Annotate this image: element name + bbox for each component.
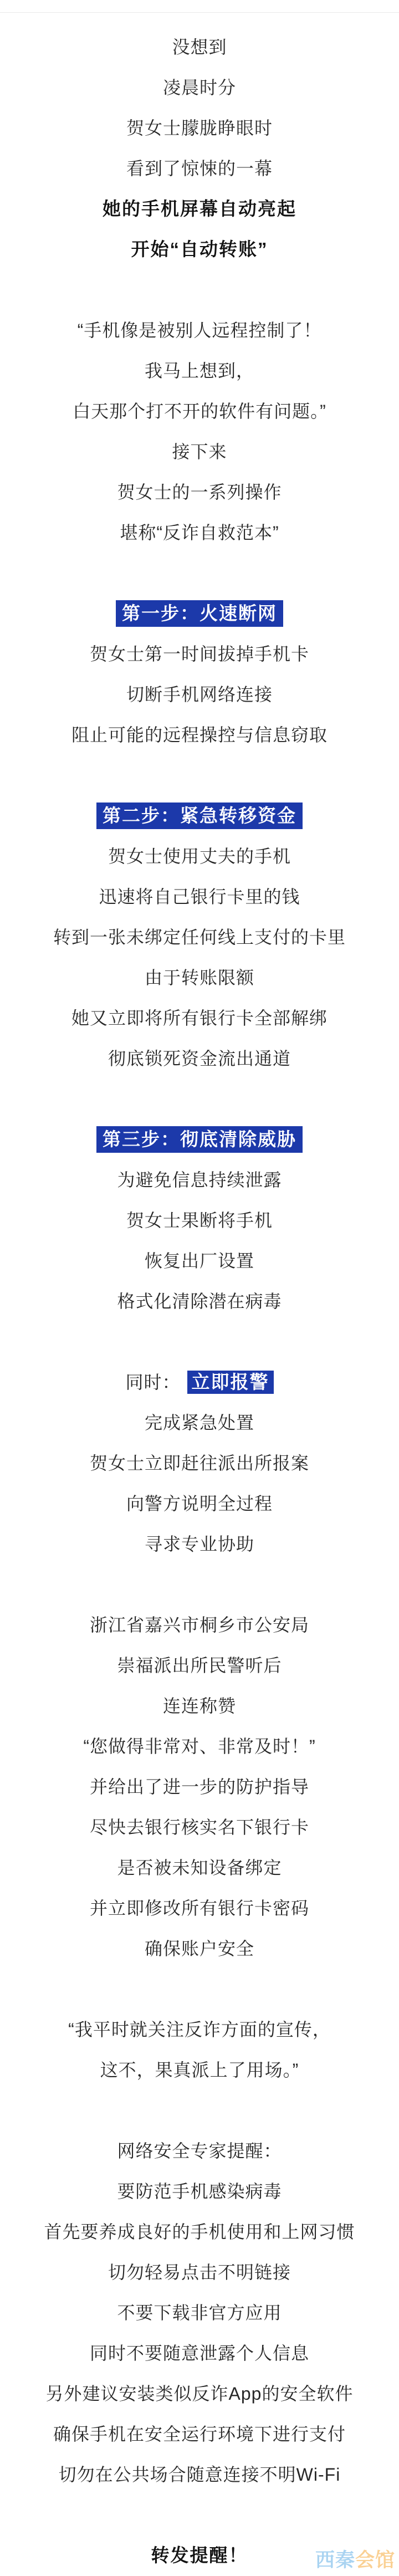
line-text: 阻止可能的远程操控与信息窃取 [71,726,328,744]
line-text: 向警方说明全过程 [126,1495,273,1512]
line-text: 首先要养成良好的手机使用和上网习惯 [44,2223,355,2241]
article-line: 确保账户安全 [0,1928,399,1969]
article-line: 切断手机网络连接 [0,674,399,714]
line-text: 贺女士的一系列操作 [117,483,282,501]
line-text: 寻求专业协助 [145,1535,254,1553]
line-text: “我平时就关注反诈方面的宣传， [68,2021,331,2038]
article-line: 并给出了进一步的防护指导 [0,1766,399,1807]
article-line: 她又立即将所有银行卡全部解绑 [0,998,399,1038]
article-line: 完成紧急处置 [0,1402,399,1443]
article-line: 贺女士使用丈夫的手机 [0,836,399,876]
article-line: 恢复出厂设置 [0,1240,399,1281]
line-text: 同时不要随意泄露个人信息 [90,2344,309,2362]
article-line: 贺女士立即赶往派出所报案 [0,1443,399,1483]
article-line: 并立即修改所有银行卡密码 [0,1888,399,1928]
line-text: 转到一张未绑定任何线上支付的卡里 [53,928,346,946]
article-line: 阻止可能的远程操控与信息窃取 [0,714,399,755]
line-text: 切断手机网络连接 [126,686,273,703]
article-line: 切勿在公共场合随意连接不明Wi-Fi [0,2454,399,2495]
line-text: 并给出了进一步的防护指导 [90,1778,309,1796]
line-text: 完成紧急处置 [145,1414,254,1432]
step-heading: 第一步：火速断网 [0,593,399,633]
article-line: 切勿轻易点击不明链接 [0,2252,399,2292]
article-line: 为避免信息持续泄露 [0,1159,399,1200]
article-line: 我马上想到， [0,350,399,391]
article-line: 要防范手机感染病毒 [0,2171,399,2211]
line-prefix: 同时： [125,1373,180,1391]
line-text: 贺女士朦胧睁眼时 [126,119,273,137]
article-line: 接下来 [0,431,399,472]
article-line: “我平时就关注反诈方面的宣传， [0,2009,399,2049]
top-divider [0,12,399,13]
step-heading: 第二步：紧急转移资金 [0,795,399,836]
article-line: 贺女士朦胧睁眼时 [0,108,399,148]
article-line: 向警方说明全过程 [0,1483,399,1524]
line-text: 贺女士立即赶往派出所报案 [90,1454,309,1472]
line-text: 迅速将自己银行卡里的钱 [99,888,300,906]
article-line: 崇福派出所民警听后 [0,1645,399,1685]
line-text: 没想到 [172,38,227,56]
article-line: 网络安全专家提醒： [0,2130,399,2171]
article-line: 同时不要随意泄露个人信息 [0,2333,399,2373]
article-line: 看到了惊悚的一幕 [0,148,399,188]
line-text: 确保账户安全 [145,1940,254,1957]
line-text: 彻底锁死资金流出通道 [108,1050,291,1067]
line-text: 她又立即将所有银行卡全部解绑 [71,1009,328,1027]
line-text: 白天那个打不开的软件有问题。” [73,402,326,420]
article-line: 同时： 立即报警 [0,1362,399,1402]
line-text: 切勿在公共场合随意连接不明Wi-Fi [59,2466,341,2483]
article-page: 没想到 凌晨时分 贺女士朦胧睁眼时 看到了惊悚的一幕 她的手机屏幕自动亮起 [0,0,399,2576]
watermark-logo: 西秦会馆 [315,2545,395,2573]
line-text: 贺女士第一时间拔掉手机卡 [90,645,309,663]
line-text: 贺女士果断将手机 [126,1212,273,1229]
article-line: “手机像是被别人远程控制了！ [0,310,399,350]
watermark-part1: 西秦 [315,2549,355,2571]
line-text: 切勿轻易点击不明链接 [108,2263,291,2281]
article-line: 贺女士第一时间拔掉手机卡 [0,633,399,674]
line-text: “手机像是被别人远程控制了！ [78,321,322,339]
article-line: 转到一张未绑定任何线上支付的卡里 [0,917,399,957]
article-line: 连连称赞 [0,1685,399,1726]
line-text: 由于转账限额 [145,969,254,987]
article-line: 迅速将自己银行卡里的钱 [0,876,399,917]
article-body: 没想到 凌晨时分 贺女士朦胧睁眼时 看到了惊悚的一幕 她的手机屏幕自动亮起 [0,0,399,2575]
line-text: 并立即修改所有银行卡密码 [90,1899,309,1917]
article-line: 确保手机在安全运行环境下进行支付 [0,2414,399,2454]
line-text: 她的手机屏幕自动亮起 [103,200,296,218]
line-text: 贺女士使用丈夫的手机 [108,847,291,865]
article-line: 另外建议安装类似反诈App的安全软件 [0,2373,399,2414]
line-text: 要防范手机感染病毒 [117,2183,282,2200]
article-line: 不要下载非官方应用 [0,2292,399,2333]
article-line: 浙江省嘉兴市桐乡市公安局 [0,1604,399,1645]
article-line: 堪称“反诈自救范本” [0,512,399,553]
article-line: 贺女士果断将手机 [0,1200,399,1240]
step-heading: 第三步：彻底清除威胁 [0,1119,399,1159]
article-line: 彻底锁死资金流出通道 [0,1038,399,1079]
line-text: 不要下载非官方应用 [117,2304,282,2322]
article-line: 开始“自动转账” [0,229,399,269]
article-line: 没想到 [0,27,399,67]
line-text: 这不，果真派上了用场。” [100,2061,299,2079]
article-line: 是否被未知设备绑定 [0,1847,399,1888]
article-line: 贺女士的一系列操作 [0,472,399,512]
line-text: 网络安全专家提醒： [117,2142,282,2160]
article-line: 白天那个打不开的软件有问题。” [0,391,399,431]
line-text: 是否被未知设备绑定 [117,1859,282,1877]
line-text: 连连称赞 [163,1697,236,1715]
line-text: 确保手机在安全运行环境下进行支付 [53,2425,346,2443]
line-text: 开始“自动转账” [131,240,268,258]
line-text: 第一步：火速断网 [116,600,283,627]
article-line: 尽快去银行核实名下银行卡 [0,1807,399,1847]
line-text: 尽快去银行核实名下银行卡 [90,1818,309,1836]
line-text: 转发提醒！ [151,2546,248,2564]
line-text: 接下来 [172,443,227,461]
line-text: “您做得非常对、非常及时！” [83,1737,315,1755]
line-text: 崇福派出所民警听后 [117,1657,282,1674]
article-line: 凌晨时分 [0,67,399,108]
line-text: 另外建议安装类似反诈App的安全软件 [46,2385,354,2403]
line-text: 浙江省嘉兴市桐乡市公安局 [90,1616,309,1634]
line-text: 第三步：彻底清除威胁 [96,1126,303,1153]
line-text: 第二步：紧急转移资金 [96,803,303,829]
line-text: 凌晨时分 [163,79,236,96]
line-text: 我马上想到， [145,362,254,380]
line-text: 格式化清除潜在病毒 [117,1292,282,1310]
article-line: 这不，果真派上了用场。” [0,2049,399,2090]
line-text: 堪称“反诈自救范本” [120,524,279,541]
article-line: 她的手机屏幕自动亮起 [0,188,399,229]
article-line: 格式化清除潜在病毒 [0,1281,399,1321]
article-line: “您做得非常对、非常及时！” [0,1726,399,1766]
watermark-part2: 会馆 [355,2549,395,2571]
article-line: 首先要养成良好的手机使用和上网习惯 [0,2211,399,2252]
line-text: 为避免信息持续泄露 [117,1171,282,1189]
article-line: 寻求专业协助 [0,1524,399,1564]
line-text: 恢复出厂设置 [145,1252,254,1270]
line-text: 看到了惊悚的一幕 [126,160,273,177]
highlight-badge: 立即报警 [187,1371,274,1394]
article-line: 由于转账限额 [0,957,399,998]
